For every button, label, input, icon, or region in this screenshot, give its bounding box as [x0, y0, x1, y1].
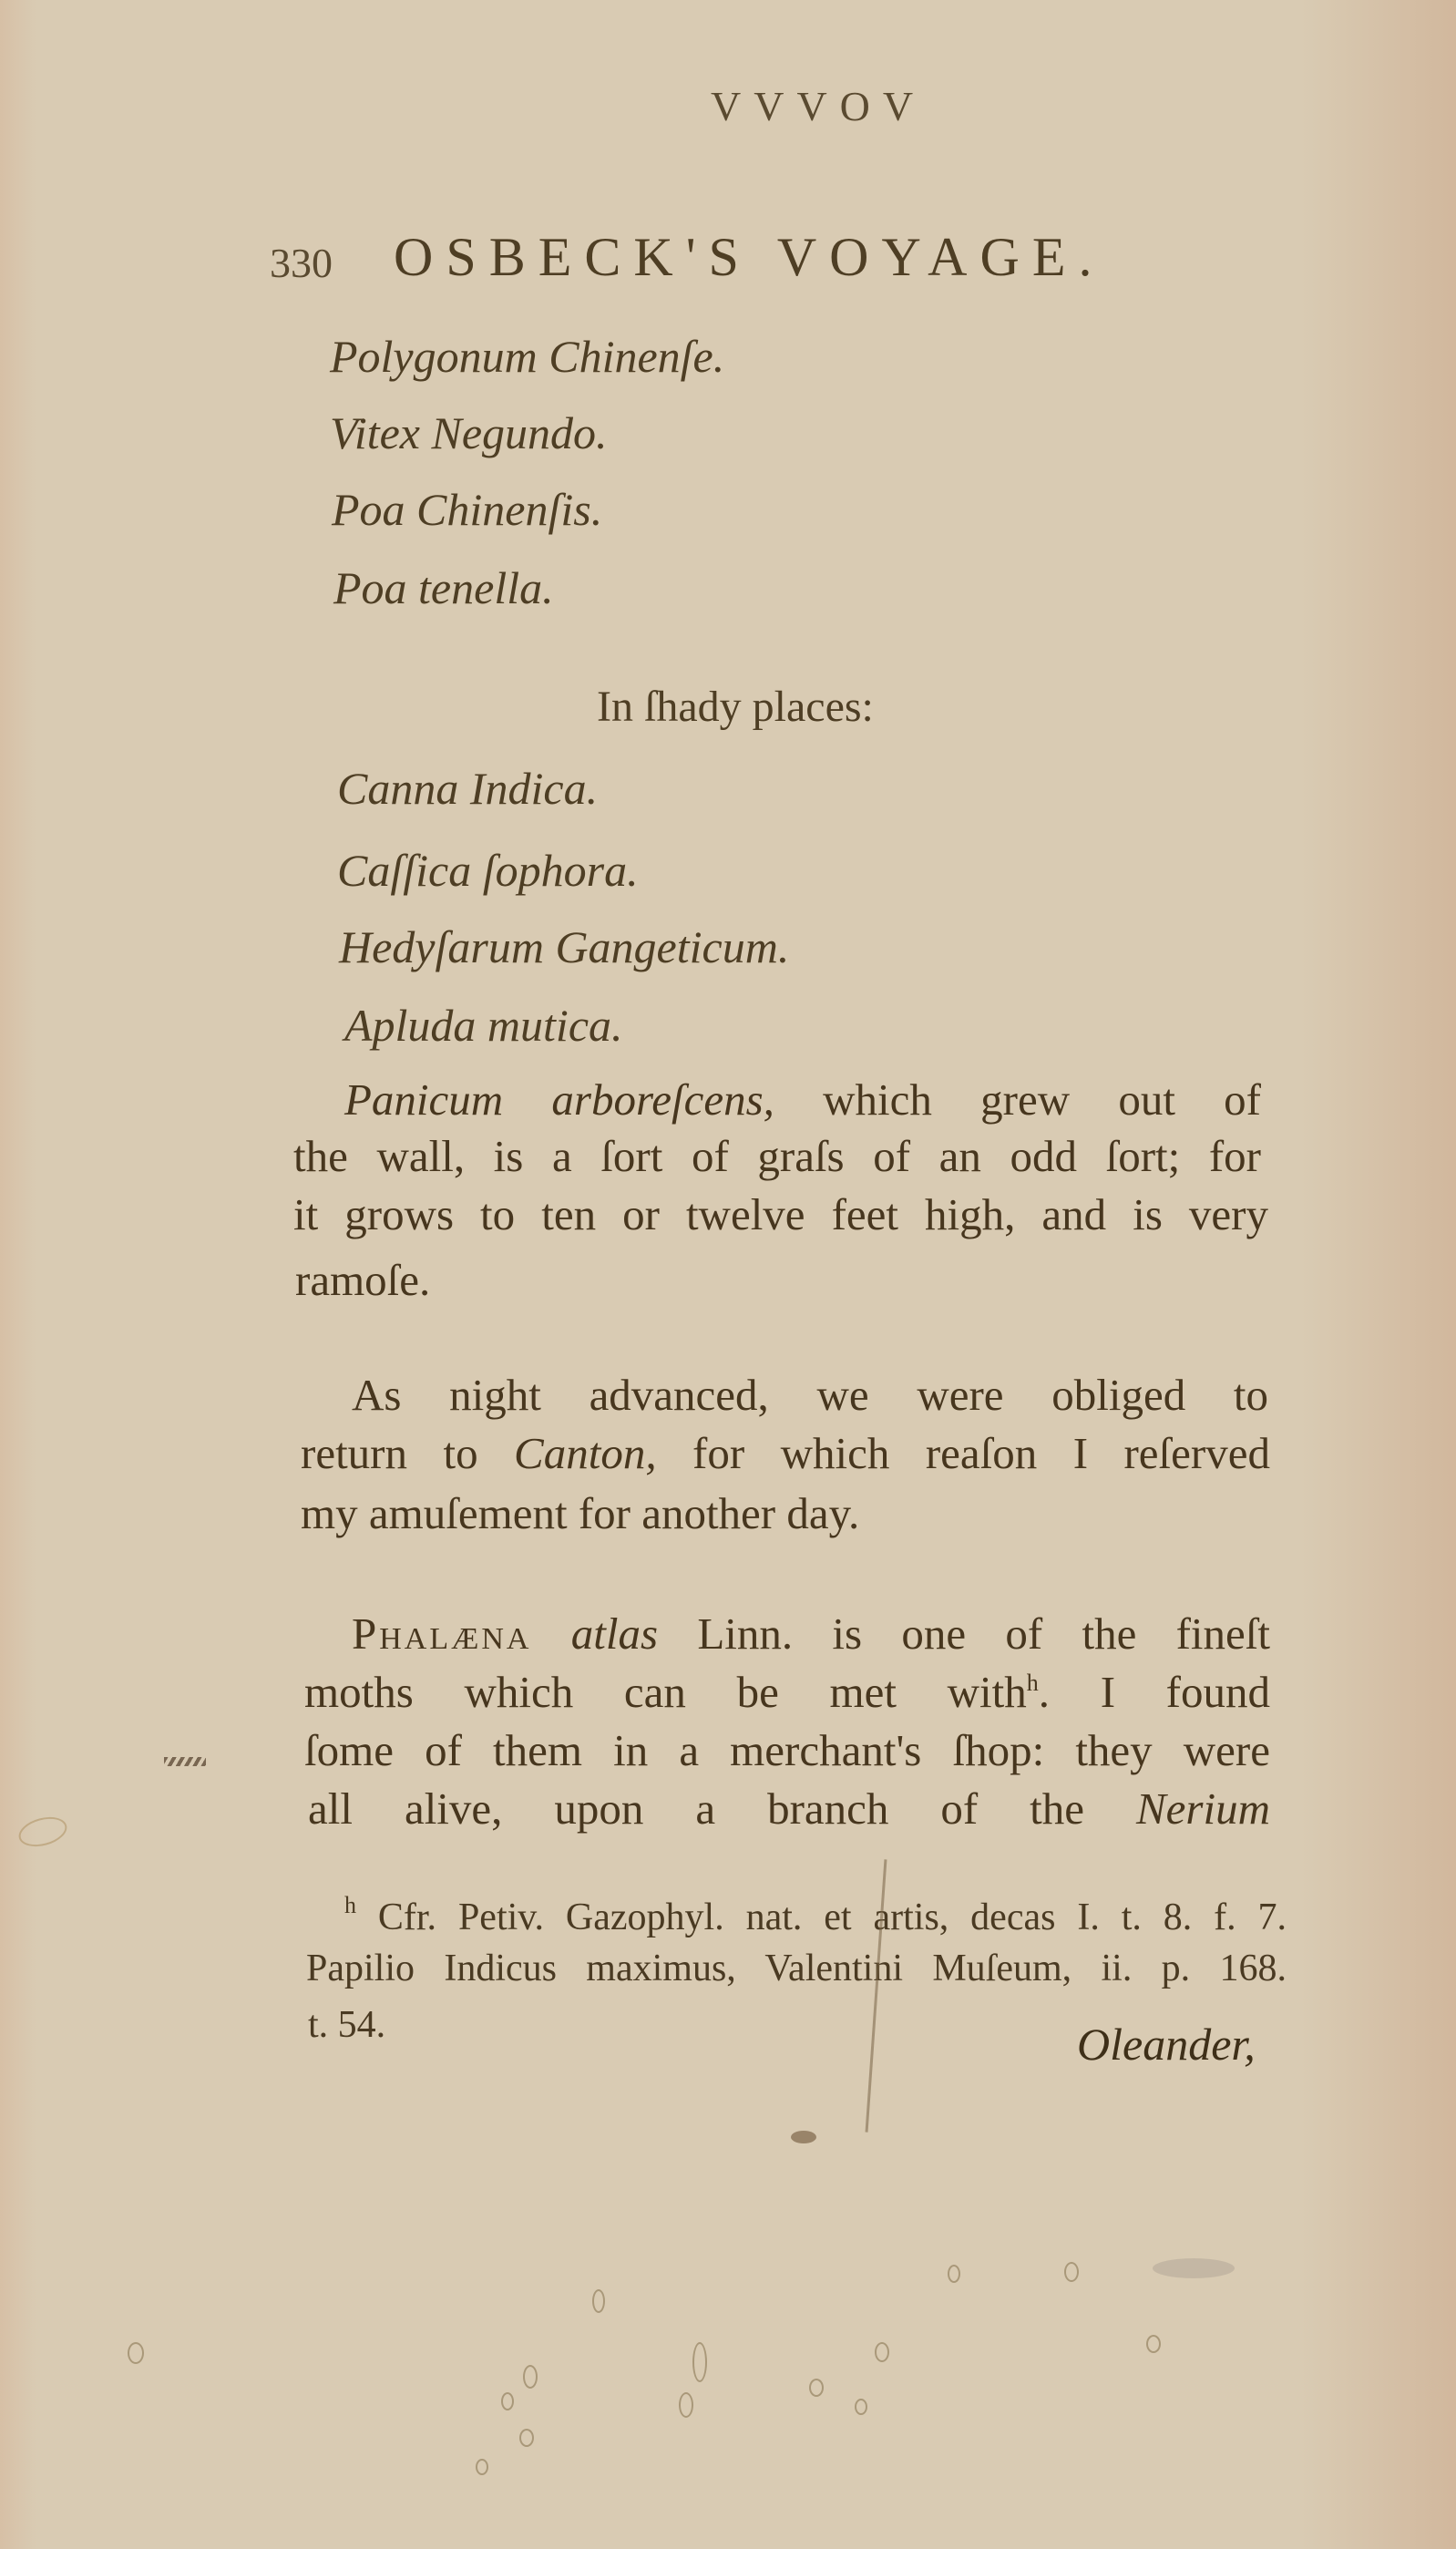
foxing-spot: [1064, 2262, 1079, 2282]
foxing-spot: [476, 2459, 488, 2475]
footnote-marker: h: [344, 1892, 356, 1918]
paragraph-line: ramoſe.: [295, 1254, 1272, 1306]
paragraph-line: my amuſement for another day.: [301, 1487, 1277, 1539]
paragraph-line: return to Canton, for which reaſon I reſ…: [301, 1427, 1270, 1479]
footnote-line: Papilio Indicus maximus, Valentini Muſeu…: [306, 1947, 1287, 1990]
paragraph-line: moths which can be met withh. I found: [304, 1666, 1270, 1718]
ink-blot: [791, 2131, 816, 2143]
foxing-spot: [948, 2265, 960, 2283]
margin-stain: [15, 1813, 70, 1852]
plant-list-item: Caſſica ſophora.: [337, 844, 639, 897]
paragraph-line: all alive, upon a branch of the Nerium: [308, 1783, 1270, 1835]
foxing-spot: [679, 2392, 693, 2418]
foxing-spot: [692, 2342, 707, 2382]
foxing-spot: [519, 2429, 534, 2447]
book-page: VVVOV 330 OSBECK'S VOYAGE. Polygonum Chi…: [0, 0, 1456, 2549]
plant-list-item: Hedyſarum Gangeticum.: [339, 920, 789, 973]
signature-mark: VVVOV: [711, 82, 926, 130]
footnote-line: h Cfr. Petiv. Gazophyl. nat. et artis, d…: [344, 1892, 1287, 1939]
paragraph-line: the wall, is a ſort of graſs of an odd ſ…: [293, 1130, 1261, 1182]
foxing-spot: [523, 2365, 538, 2389]
plant-list-item: Poa tenella.: [333, 561, 554, 614]
paragraph-line: Phalæna atlas Linn. is one of the fineſt: [352, 1608, 1270, 1660]
running-head: OSBECK'S VOYAGE.: [394, 226, 1104, 289]
foxing-spot: [1146, 2335, 1161, 2353]
paragraph-line: As night advanced, we were obliged to: [352, 1369, 1268, 1421]
plant-list-item: Canna Indica.: [337, 762, 598, 815]
foxing-spot: [875, 2342, 889, 2362]
paragraph-line: ſome of them in a merchant's ſhop: they …: [304, 1724, 1270, 1776]
plant-list-item: Vitex Negundo.: [330, 406, 608, 459]
species-name: Panicum arboreſcens,: [344, 1074, 774, 1125]
plant-list-item: Poa Chinenſis.: [332, 483, 602, 536]
page-number: 330: [270, 239, 333, 287]
margin-mark: [164, 1757, 206, 1766]
place-name: Canton,: [514, 1428, 657, 1478]
footnote-reference: h: [1027, 1670, 1039, 1696]
plant-list-item: Apluda mutica.: [344, 999, 623, 1052]
foxing-spot: [809, 2379, 824, 2397]
paragraph-line: it grows to ten or twelve feet high, and…: [293, 1188, 1268, 1240]
plant-list-item: Polygonum Chinenſe.: [330, 330, 724, 383]
section-heading: In ſhady places:: [597, 682, 874, 732]
foxing-spot: [592, 2289, 605, 2313]
species-genus: Phalæna: [352, 1609, 531, 1659]
foxing-spot: [855, 2399, 867, 2415]
paper-stain: [1153, 2258, 1235, 2278]
foxing-spot: [128, 2342, 144, 2364]
paragraph-line: Panicum arboreſcens, which grew out of: [344, 1074, 1261, 1125]
foxing-spot: [501, 2392, 514, 2410]
catchword: Oleander,: [1077, 2018, 1256, 2071]
